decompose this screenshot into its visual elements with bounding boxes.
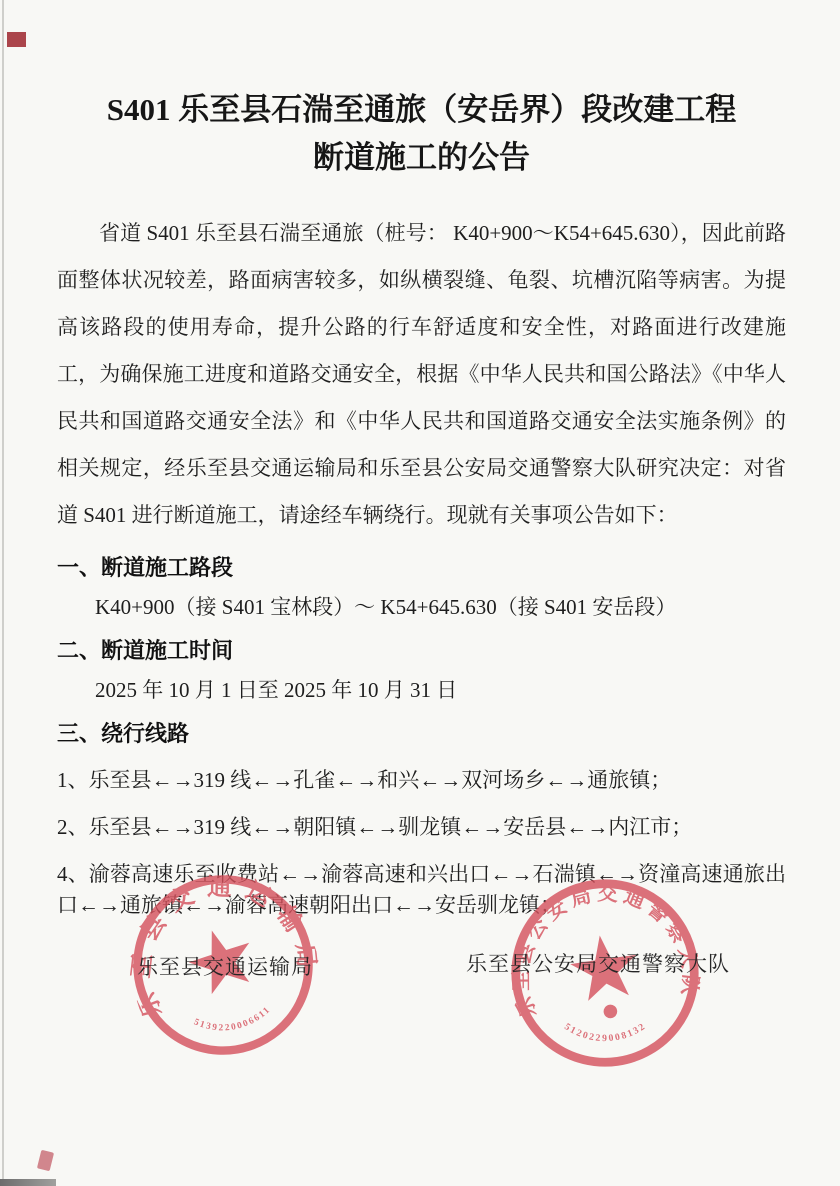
detour-route-1: 1、乐至县←→319 线←→孔雀←→和兴←→双河场乡←→通旅镇；	[57, 765, 786, 796]
scan-artifact-red-mark	[37, 1150, 54, 1172]
section-3-heading: 三、绕行线路	[57, 719, 786, 749]
section-2-heading: 二、断道施工时间	[57, 636, 786, 666]
section-construction-time: 二、断道施工时间 2025 年 10 月 1 日至 2025 年 10 月 31…	[57, 636, 786, 705]
section-road-segment: 一、断道施工路段 K40+900（接 S401 宝林段）～ K54+645.63…	[57, 553, 786, 622]
detour-route-2: 2、乐至县←→319 线←→朝阳镇←→驯龙镇←→安岳县←→内江市；	[57, 812, 786, 843]
title-line-1: S401 乐至县石湍至通旅（安岳界）段改建工程	[57, 86, 786, 134]
scanned-notice-page: S401 乐至县石湍至通旅（安岳界）段改建工程 断道施工的公告 省道 S401 …	[0, 0, 840, 1186]
document-body: S401 乐至县石湍至通旅（安岳界）段改建工程 断道施工的公告 省道 S401 …	[57, 86, 786, 921]
scan-artifact-corner-strip	[0, 1179, 56, 1186]
scan-edge-line	[2, 0, 4, 1186]
transport-bureau-name: 乐至县交通运输局	[137, 951, 313, 981]
traffic-police-name: 乐至县公安局交通警察大队	[466, 948, 730, 978]
seal-center-dot	[603, 1004, 618, 1019]
title-line-2: 断道施工的公告	[57, 134, 786, 182]
seal-code-number: 5120229008132	[561, 1010, 650, 1050]
scan-artifact-red-square	[7, 32, 26, 47]
section-1-heading: 一、断道施工路段	[57, 553, 786, 583]
section-2-body: 2025 年 10 月 1 日至 2025 年 10 月 31 日	[57, 675, 786, 705]
section-1-body: K40+900（接 S401 宝林段）～ K54+645.630（接 S401 …	[57, 592, 786, 622]
document-title: S401 乐至县石湍至通旅（安岳界）段改建工程 断道施工的公告	[57, 86, 786, 182]
intro-paragraph: 省道 S401 乐至县石湍至通旅（桩号： K40+900～K54+645.630…	[57, 210, 786, 539]
